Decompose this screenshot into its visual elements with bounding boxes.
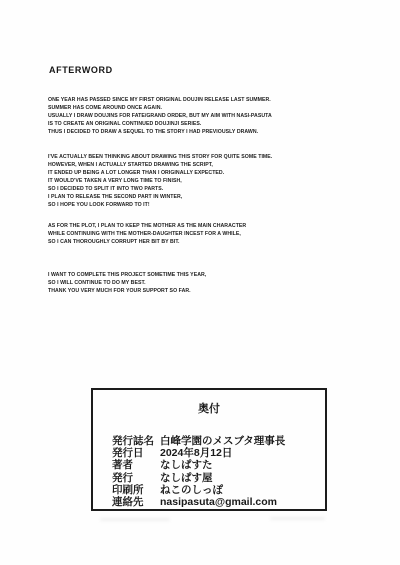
colophon-label: 発行日 bbox=[112, 447, 160, 459]
scan-artifact bbox=[270, 517, 325, 520]
colophon-value-publication-date: 2024年8月12日 bbox=[160, 447, 325, 459]
colophon-row-printer: 印刷所 ねこのしっぽ bbox=[112, 484, 325, 496]
afterword-paragraph-3: AS FOR THE PLOT, I PLAN TO KEEP THE MOTH… bbox=[48, 222, 348, 246]
afterword-paragraph-2: I'VE ACTUALLY BEEN THINKING ABOUT DRAWIN… bbox=[48, 153, 348, 209]
colophon-box: 奥付 発行誌名 白峰学園のメスブタ理事長 発行日 2024年8月12日 著者 な… bbox=[91, 388, 327, 511]
colophon-label: 印刷所 bbox=[112, 484, 160, 496]
colophon-value-printer: ねこのしっぽ bbox=[160, 484, 325, 496]
scanned-afterword-page: AFTERWORD ONE YEAR HAS PASSED SINCE MY F… bbox=[0, 0, 400, 565]
scan-artifact bbox=[100, 518, 170, 521]
colophon-label: 著者 bbox=[112, 459, 160, 471]
afterword-paragraph-4: I WANT TO COMPLETE THIS PROJECT SOMETIME… bbox=[48, 271, 348, 295]
colophon-row-publication-name: 発行誌名 白峰学園のメスブタ理事長 bbox=[112, 435, 325, 447]
colophon-contact-email: nasipasuta@gmail.com bbox=[160, 496, 325, 508]
colophon-title: 奥付 bbox=[93, 403, 325, 415]
afterword-paragraph-1: ONE YEAR HAS PASSED SINCE MY FIRST ORIGI… bbox=[48, 96, 348, 136]
colophon-label: 発行誌名 bbox=[112, 435, 160, 447]
afterword-heading: AFTERWORD bbox=[49, 65, 113, 75]
colophon-row-publication-date: 発行日 2024年8月12日 bbox=[112, 447, 325, 459]
colophon-row-publisher: 発行 なしぱす屋 bbox=[112, 472, 325, 484]
colophon-value-publication-name: 白峰学園のメスブタ理事長 bbox=[160, 435, 325, 447]
colophon-rows: 発行誌名 白峰学園のメスブタ理事長 発行日 2024年8月12日 著者 なしぱす… bbox=[93, 435, 325, 508]
colophon-row-contact: 連絡先 nasipasuta@gmail.com bbox=[112, 496, 325, 508]
colophon-label: 発行 bbox=[112, 472, 160, 484]
colophon-label: 連絡先 bbox=[112, 496, 160, 508]
colophon-value-author: なしぱすた bbox=[160, 459, 325, 471]
colophon-row-author: 著者 なしぱすた bbox=[112, 459, 325, 471]
colophon-value-publisher: なしぱす屋 bbox=[160, 472, 325, 484]
